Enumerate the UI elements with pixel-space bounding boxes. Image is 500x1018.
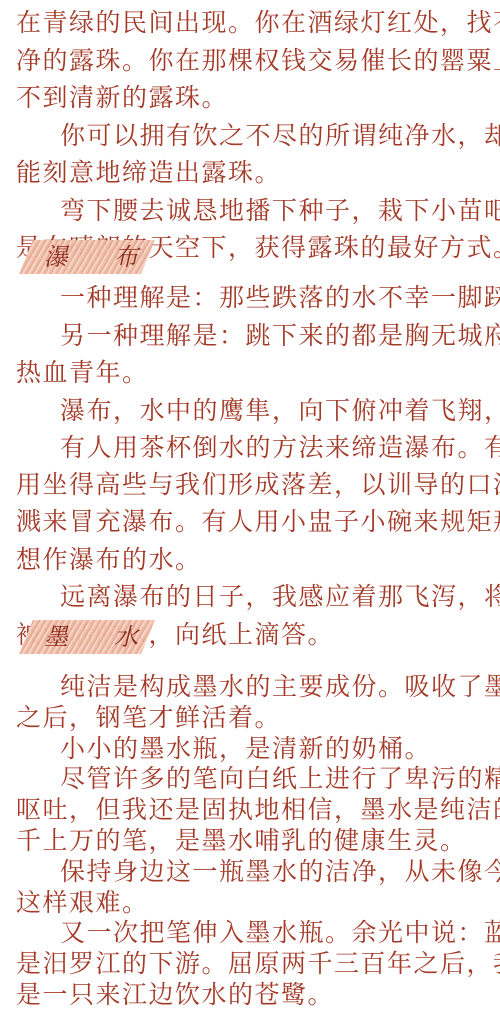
paragraph-line: 你可以拥有饮之不尽的所谓纯净水，却不 xyxy=(60,121,500,151)
section-heading-ink: 墨 水 xyxy=(36,620,146,654)
paragraph-line: 有人用茶杯倒水的方法来缔造瀑布。有人 xyxy=(60,433,500,463)
paragraph-line: 小小的墨水瓶，是清新的奶桶。 xyxy=(60,734,500,764)
paragraph-line: 又一次把笔伸入墨水瓶。余光中说：蓝墨水 xyxy=(60,918,500,948)
paragraph-line: 热血青年。 xyxy=(16,358,486,388)
paragraph-line: 瀑布，水中的鹰隼，向下俯冲着飞翔，飞翔。 xyxy=(60,396,500,426)
paragraph-line: 在青绿的民间出现。你在酒绿灯红处，找不到干 xyxy=(16,8,486,38)
paragraph-line: 之后，钢笔才鲜活着。 xyxy=(16,703,486,733)
paragraph-line: 是汨罗江的下游。屈原两千三百年之后，我的笔 xyxy=(16,949,486,979)
paragraph-line: 保持身边这一瓶墨水的洁净，从未像今天 xyxy=(60,857,500,887)
paragraph-line: 尽管许多的笔向白纸上进行了卑污的精神 xyxy=(60,764,500,794)
paragraph-line: 一种理解是：那些跌落的水不幸一脚踩空。 xyxy=(60,283,500,313)
section-heading-waterfall: 瀑 布 xyxy=(36,240,146,274)
paragraph-line: 用坐得高些与我们形成落差，以训导的口沫飞 xyxy=(16,470,486,500)
paragraph-line: 净的露珠。你在那棵权钱交易催长的罂粟上，找 xyxy=(16,46,486,76)
paragraph-line: 不到清新的露珠。 xyxy=(16,83,486,113)
heading-char: 水 xyxy=(114,620,138,654)
paragraph-line: 是一只来江边饮水的苍鹭。 xyxy=(16,980,486,1010)
paragraph-line: 弯下腰去诚恳地播下种子，栽下小苗吧，这 xyxy=(60,196,500,226)
paragraph-line: 能刻意地缔造出露珠。 xyxy=(16,158,486,188)
heading-char: 布 xyxy=(114,240,138,274)
paragraph-line: 纯洁是构成墨水的主要成份。吸收了墨水 xyxy=(60,672,500,702)
paragraph-line: 另一种理解是：跳下来的都是胸无城府的 xyxy=(60,321,500,351)
paragraph-line: 想作瀑布的水。 xyxy=(16,545,486,575)
paragraph-line: 溅来冒充瀑布。有人用小盅子小碗来规矩那些 xyxy=(16,507,486,537)
paragraph-line: 这样艰难。 xyxy=(16,888,486,918)
paragraph-line: 远离瀑布的日子，我感应着那飞泻，将心中 xyxy=(60,582,500,612)
heading-char: 墨 xyxy=(44,620,68,654)
paragraph-line: 千上万的笔，是墨水哺乳的健康生灵。 xyxy=(16,826,486,856)
paragraph-line: 呕吐，但我还是固执地相信，墨水是纯洁的，成 xyxy=(16,795,486,825)
heading-char: 瀑 xyxy=(44,240,68,274)
